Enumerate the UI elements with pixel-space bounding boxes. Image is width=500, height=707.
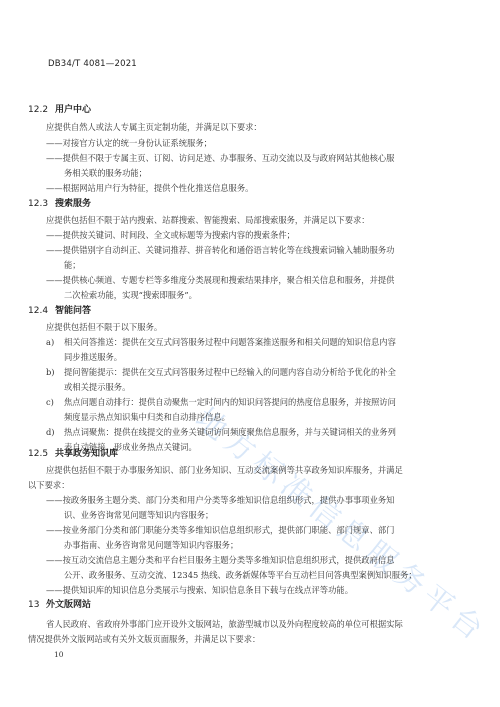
- list-item: ——按业务部门分类和部门职能分类等多维知识信息组织形式，提供部门职能、部门规章、…: [46, 524, 394, 536]
- list-item-continued: 办事指南、业务咨询常见问题等知识内容服务；: [64, 539, 238, 551]
- list-item-continued: 识、业务咨询常见问题等知识内容服务；: [64, 509, 213, 521]
- list-item-continued: 能；: [64, 259, 81, 271]
- list-item-continued: 二次检索功能，实现“搜索即服务”。: [64, 289, 197, 301]
- list-label: b): [46, 366, 55, 378]
- list-item: ——对接官方认定的统一身份认证系统服务；: [46, 137, 212, 149]
- list-label: a): [46, 336, 54, 348]
- heading-13: 13外文版网站: [28, 597, 91, 610]
- list-item: ——提供错别字自动纠正、关键词推荐、拼音转化和通俗语言转化等在线搜索词输入辅助服…: [46, 244, 394, 256]
- paragraph: 应提供包括但不限于办事服务知识、部门业务知识、互动交流案例等共享政务知识库服务，…: [46, 464, 403, 476]
- list-item: ——提供核心频道、专题专栏等多维度分类展现和搜索结果排序，聚合相关信息和服务，并…: [46, 274, 394, 286]
- heading-12-4: 12.4智能问答: [28, 303, 91, 316]
- standard-code: DB34/T 4081—2021: [48, 59, 137, 69]
- list-item: ——按政务服务主题分类、部门分类和用户分类等多维知识信息组织形式，提供办事事项业…: [46, 494, 394, 506]
- paragraph-continued: 以下要求：: [28, 479, 70, 491]
- list-item: 相关问答推送：提供在交互式问答服务过程中问题答案推送服务和相关问题的知识信息内容: [64, 336, 396, 348]
- paragraph: 应提供自然人或法人专属主页定制功能，并满足以下要求：: [46, 121, 262, 133]
- list-label: c): [46, 396, 54, 408]
- list-item: 焦点问题自动排行：提供自动聚焦一定时间内的知识问答提问的热度信息服务，并按照访问: [64, 396, 396, 408]
- list-label: d): [46, 426, 55, 438]
- list-item: 热点词聚焦：提供在线提交的业务关键词访问频度聚焦信息服务，并与关键词相关的业务列: [64, 426, 396, 438]
- heading-12-2: 12.2用户中心: [28, 102, 91, 115]
- list-item-continued: 或相关提示服务。: [64, 381, 130, 393]
- list-item: 提问智能提示：提供在交互式问答服务过程中已经输入的问题内容自动分析给予优化的补全: [64, 366, 396, 378]
- heading-12-5: 12.5共享政务知识库: [28, 446, 118, 459]
- paragraph: 应提供包括但不限于以下服务。: [46, 321, 162, 333]
- list-item: ——提供按关键词、时间段、全文或标题等为搜索内容的搜索条件；: [46, 229, 295, 241]
- list-item: ——提供知识库的知识信息分类展示与搜索、知识信息条目下载与在线点评等功能。: [46, 584, 353, 596]
- list-item: ——根据网站用户行为特征，提供个性化推送信息服务。: [46, 182, 253, 194]
- list-item-continued: 公开、政务服务、互动交流、12345 热线、政务新媒体等平台互动栏目问答典型案例…: [64, 569, 417, 581]
- paragraph-continued: 情况提供外文版网站或有关外文版页面服务，并满足以下要求：: [28, 633, 260, 645]
- list-item-continued: 同步推送服务。: [64, 351, 122, 363]
- list-item-continued: 务相关联的服务功能；: [64, 167, 147, 179]
- paragraph: 省人民政府、省政府外事部门应开设外文版网站，旅游型城市以及外向程度较高的单位可根…: [46, 618, 403, 630]
- paragraph: 应提供包括但不限于站内搜索、站群搜索、智能搜索、局部搜索服务，并满足以下要求：: [46, 214, 370, 226]
- heading-12-3: 12.3搜索服务: [28, 196, 91, 209]
- list-item-continued: 频度显示热点知识集中归类和自动排序信息。: [64, 411, 230, 423]
- page-number: 10: [54, 650, 64, 659]
- list-item: ——提供但不限于专属主页、订阅、访问足迹、办事服务、互动交流以及与政府网站其他核…: [46, 152, 394, 164]
- list-item: ——按互动交流信息主题分类和平台栏目服务主题分类等多维知识信息组织形式，提供政府…: [46, 554, 394, 566]
